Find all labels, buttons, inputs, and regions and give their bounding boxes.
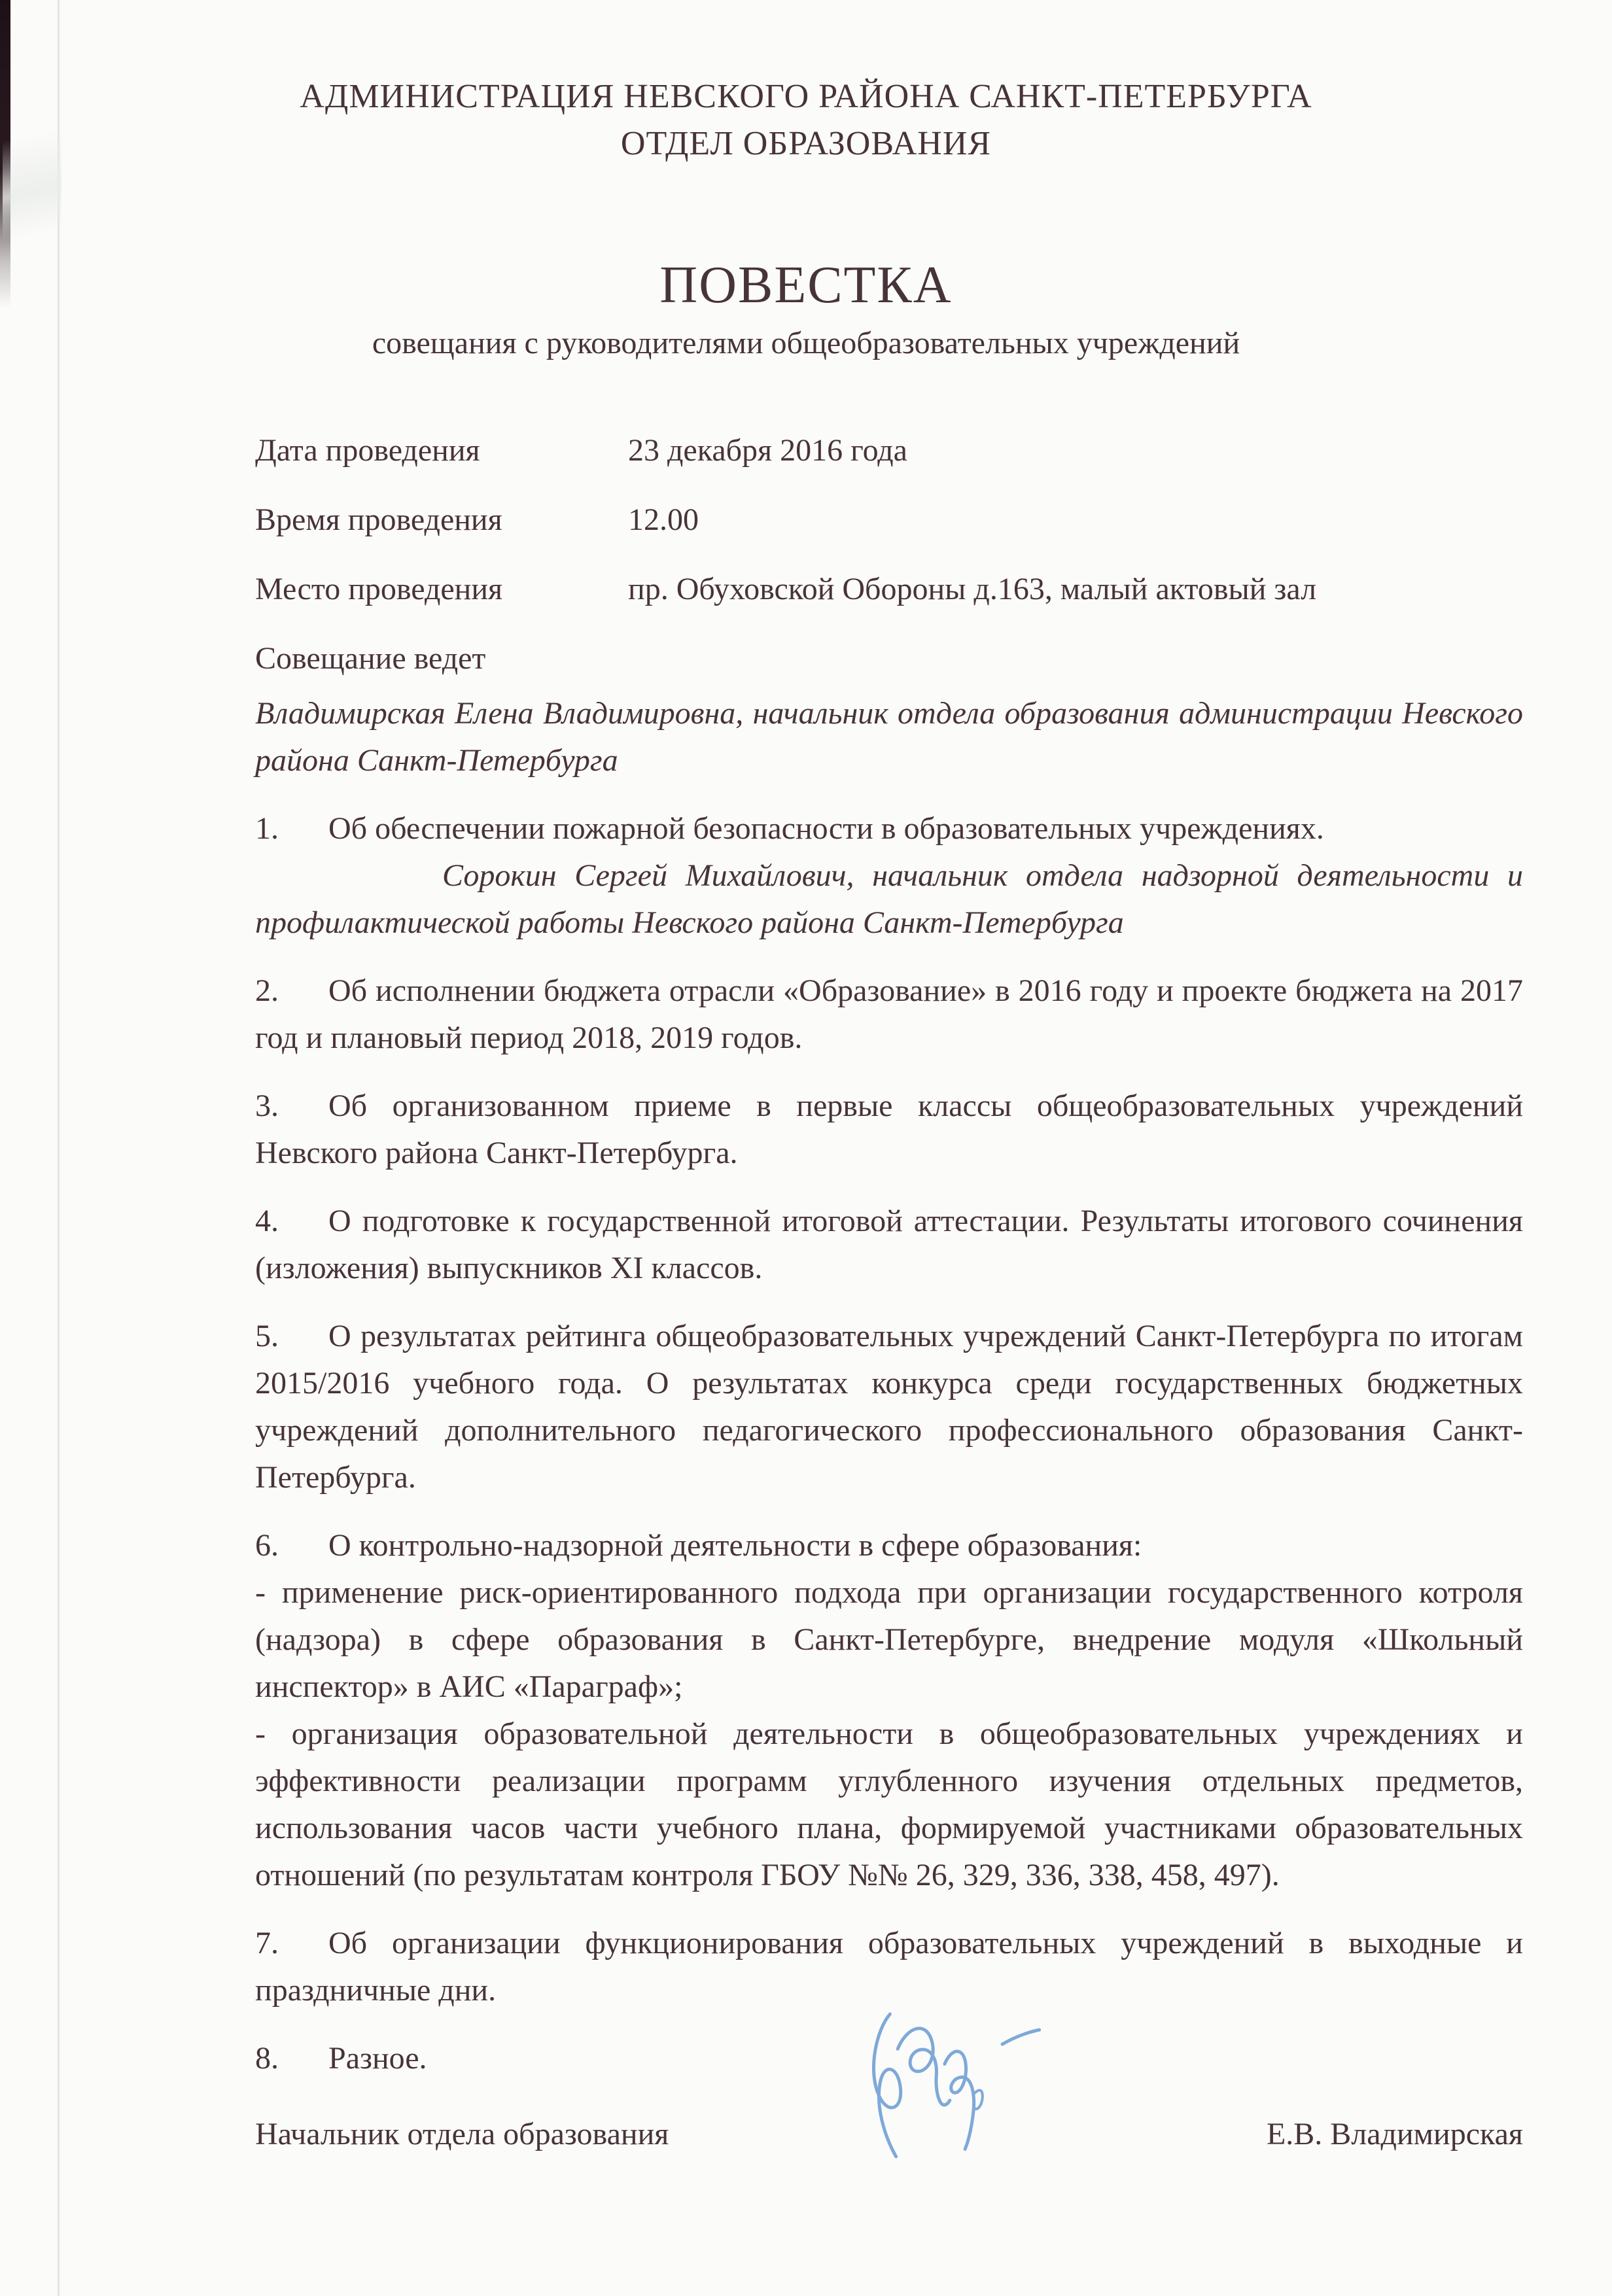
meta-value-place: пр. Обуховской Обороны д.163, малый акто… [628, 566, 1523, 613]
agenda-item-1: 1.Об обеспечении пожарной безопасности в… [255, 805, 1523, 852]
item-text: О подготовке к государственной итоговой … [255, 1204, 1523, 1285]
meta-label-date: Дата проведения [255, 427, 628, 474]
item-number: 7. [255, 1920, 328, 1967]
item-number: 4. [255, 1198, 328, 1245]
item-number: 3. [255, 1083, 328, 1130]
document-body: Дата проведения 23 декабря 2016 года Вре… [0, 427, 1612, 2158]
meta-field-row: Дата проведения 23 декабря 2016 года [255, 427, 1523, 474]
meta-field-row: Место проведения пр. Обуховской Обороны … [255, 566, 1523, 613]
agenda-item-1-speaker: Сорокин Сергей Михайлович, начальник отд… [255, 852, 1523, 947]
chair-name: Владимирская Елена Владимировна, начальн… [255, 690, 1523, 784]
signature [811, 1976, 1086, 2190]
agenda-item-6: 6.О контрольно-надзорной деятельности в … [255, 1522, 1523, 1569]
agenda-item-2: 2.Об исполнении бюджета отрасли «Образов… [255, 967, 1523, 1062]
chair-label: Совещание ведет [255, 635, 1523, 682]
item-text: О результатах рейтинга общеобразовательн… [255, 1319, 1523, 1495]
agenda-item-4: 4.О подготовке к государственной итогово… [255, 1198, 1523, 1292]
item-number: 1. [255, 805, 328, 852]
agenda-item-3: 3.Об организованном приеме в первые клас… [255, 1083, 1523, 1177]
agenda-item-6-sub-1: - применение риск-ориентированного подхо… [255, 1569, 1523, 1711]
meta-value-date: 23 декабря 2016 года [628, 427, 1523, 474]
item-text: Об обеспечении пожарной безопасности в о… [328, 811, 1324, 846]
item-number: 5. [255, 1313, 328, 1360]
signature-position: Начальник отдела образования [255, 2111, 669, 2158]
item-number: 6. [255, 1522, 328, 1569]
meta-field-row: Время проведения 12.00 [255, 496, 1523, 544]
doc-subtitle: совещания с руководителями общеобразоват… [0, 320, 1612, 367]
scanned-document-page: { "colors": { "ink": "#47333a", "paper":… [0, 0, 1612, 2296]
item-number: 8. [255, 2035, 328, 2082]
signature-block: Начальник отдела образования Е.В. Владим… [255, 2111, 1523, 2158]
signature-name: Е.В. Владимирская [1267, 2111, 1523, 2158]
item-text: Об организованном приеме в первые классы… [255, 1088, 1523, 1170]
meta-block: Дата проведения 23 декабря 2016 года Вре… [255, 427, 1523, 613]
org-header: АДМИНИСТРАЦИЯ НЕВСКОГО РАЙОНА САНКТ-ПЕТЕ… [0, 73, 1612, 167]
agenda-item-6-sub-2: - организация образовательной деятельнос… [255, 1711, 1523, 1899]
agenda-item-5: 5.О результатах рейтинга общеобразовател… [255, 1313, 1523, 1501]
meta-label-time: Время проведения [255, 496, 628, 544]
org-line-1: АДМИНИСТРАЦИЯ НЕВСКОГО РАЙОНА САНКТ-ПЕТЕ… [0, 73, 1612, 120]
item-text: Разное. [328, 2041, 427, 2076]
meta-label-place: Место проведения [255, 566, 628, 613]
doc-title: ПОВЕСТКА [0, 251, 1612, 320]
item-text: О контрольно-надзорной деятельности в сф… [328, 1528, 1142, 1563]
document: АДМИНИСТРАЦИЯ НЕВСКОГО РАЙОНА САНКТ-ПЕТЕ… [0, 0, 1612, 2158]
item-text: Об исполнении бюджета отрасли «Образован… [255, 973, 1523, 1055]
org-line-2: ОТДЕЛ ОБРАЗОВАНИЯ [0, 120, 1612, 167]
agenda-list: 1.Об обеспечении пожарной безопасности в… [255, 805, 1523, 2082]
meta-value-time: 12.00 [628, 496, 1523, 544]
item-number: 2. [255, 967, 328, 1015]
